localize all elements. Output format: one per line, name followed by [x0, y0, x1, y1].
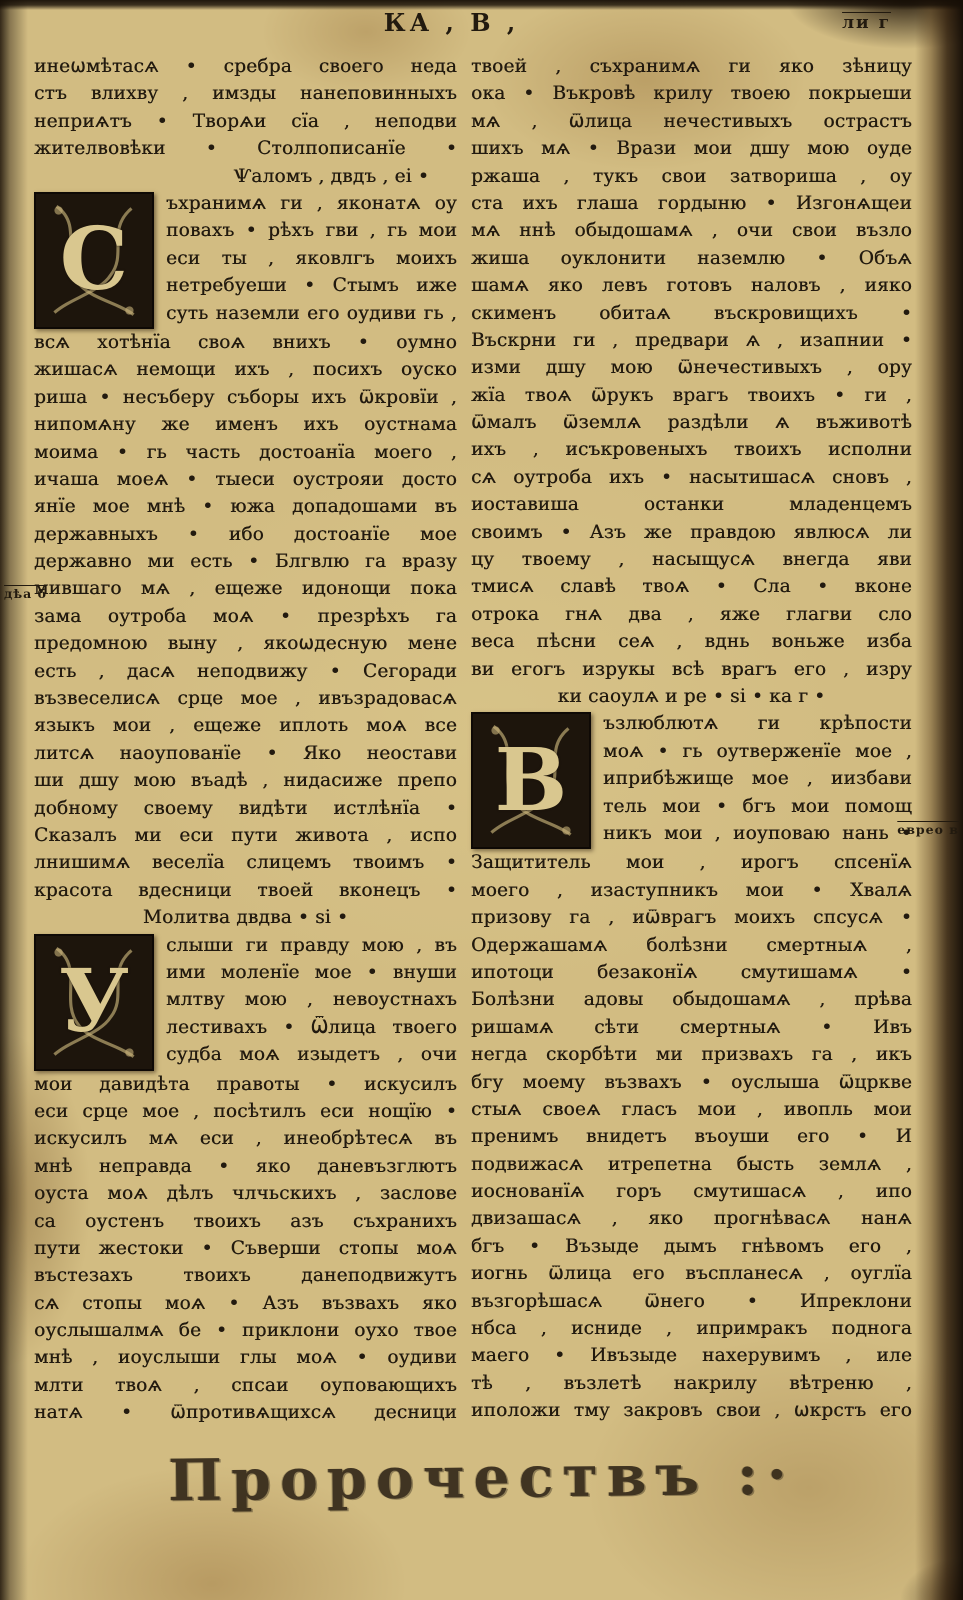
- text-line: слыши ги правду мою , въ: [166, 932, 457, 959]
- psalm-16-body-lines: мои давидѣта правоты • искусилъеси срце …: [34, 1071, 457, 1427]
- psalm-15-heading: Ѱаломъ , двдъ , еі •: [34, 163, 457, 190]
- text-line: судба моѧ изыдетъ , очи: [166, 1041, 457, 1068]
- text-line: възгорѣшасѧ ѿнего • Ипреклони: [471, 1288, 912, 1315]
- text-line: отрока гнѧ два , яже глагви сло: [471, 601, 912, 628]
- text-line: зама оутроба моѧ • презрѣхъ га: [34, 603, 457, 630]
- text-line: риша • несъберу съборы ихъ ѿкровїи ,: [34, 384, 457, 411]
- psalm-17-opening: В ъзлюблютѧ ги крѣпостимоѧ • гь оутверже…: [471, 710, 912, 849]
- text-line: своимъ • Азъ же правдою явлюсѧ ли: [471, 519, 912, 546]
- dropcap-adjacent-lines: слыши ги правду мою , въими моленїе мое …: [166, 932, 457, 1069]
- text-line: иоснованїѧ горъ смутишасѧ , ипо: [471, 1178, 912, 1205]
- text-line: стыѧ своеѧ гласъ мои , ивопль мои: [471, 1096, 912, 1123]
- right-column: твоей , съхранимѧ ги яко зѣницуока • Вък…: [471, 53, 912, 1427]
- psalter-page: КА , В , ли г инеѡмѣтасѧ • сребра своего…: [0, 0, 963, 1600]
- text-line: предомною выну , якоѡдесную мене: [34, 630, 457, 657]
- text-line: бгъ • Възыде дымъ гнѣвомъ его ,: [471, 1233, 912, 1260]
- text-line: жителвовѣки • Столпописанїе •: [34, 135, 457, 162]
- text-line: Болѣзни адовы обыдошамѧ , прѣва: [471, 986, 912, 1013]
- text-line: повахъ • рѣхъ гви , гь мои: [166, 217, 457, 244]
- psalm-17-body-lines: Защититель мои , ирогъ спсенїѧмоего , из…: [471, 849, 912, 1424]
- text-line: неприѧтъ • Творѧи сїа , неподви: [34, 108, 457, 135]
- text-line: еси ты , яковлгъ моихъ: [166, 245, 457, 272]
- text-line: ока • Въкровѣ крилу твоею покрыеши: [471, 80, 912, 107]
- text-line: тѣ , възлетѣ накрилу вѣтреню ,: [471, 1370, 912, 1397]
- psalm-16-heading: Молитва двдва • ѕі •: [34, 904, 457, 931]
- text-line: пути жестоки • Съверши стопы моѧ: [34, 1235, 457, 1262]
- text-line: всѧ хотѣнїа своѧ внихъ • оумно: [34, 329, 457, 356]
- text-line: оуста моѧ дѣлъ члчьскихъ , заслове: [34, 1180, 457, 1207]
- text-line: двизашасѧ , яко прогнѣвасѧ нанѧ: [471, 1205, 912, 1232]
- text-line: въстезахъ твоихъ данеподвижутъ: [34, 1262, 457, 1289]
- psalm-15-body-lines: всѧ хотѣнїа своѧ внихъ • оумножишасѧ нем…: [34, 329, 457, 904]
- text-columns: инеѡмѣтасѧ • сребра своего недастъ влихв…: [34, 53, 912, 1427]
- text-line: скименъ обитаѧ въскровищихъ •: [471, 300, 912, 327]
- text-line: нипомѧну же именъ ихъ оустнама: [34, 411, 457, 438]
- dropcap-letter: У: [59, 959, 129, 1045]
- text-line: тель мои • бгъ мои помощ: [603, 793, 912, 820]
- text-line: маего • Ивъзыде нахерувимъ , иле: [471, 1342, 912, 1369]
- text-line: жїа твоѧ ѿрукъ врагъ твоихъ • ги ,: [471, 382, 912, 409]
- text-line: Въскрни ги , предвари ѧ , изапнии •: [471, 327, 912, 354]
- psalm-16-continuation-lines: твоей , съхранимѧ ги яко зѣницуока • Вък…: [471, 53, 912, 683]
- text-line: стъ влихву , имзды нанеповинныхъ: [34, 80, 457, 107]
- text-line: янїе мое мнѣ • южа допадошами въ: [34, 493, 457, 520]
- text-line: иогнь ѿлица его въспланесѧ , оуглїа: [471, 1260, 912, 1287]
- text-line: языкъ мои , ещеже иплоть моѧ все: [34, 712, 457, 739]
- text-line: Одержашамѧ болѣзни смертныѧ ,: [471, 932, 912, 959]
- text-line: възвеселисѧ срце мое , ивъзрадовасѧ: [34, 685, 457, 712]
- text-line: иприбѣжище мое , иизбави: [603, 765, 912, 792]
- text-line: сѧ оутроба ихъ • насытишасѧ сновъ ,: [471, 464, 912, 491]
- text-line: пренимъ внидетъ въоуши его • И: [471, 1123, 912, 1150]
- running-header: КА , В , ли г: [0, 8, 963, 44]
- text-line: добному своему видѣти истлѣнїа •: [34, 795, 457, 822]
- text-line: мои давидѣта правоты • искусилъ: [34, 1071, 457, 1098]
- text-line: Защититель мои , ирогъ спсенїѧ: [471, 849, 912, 876]
- text-line: жиша оуклонити наземлю • Объѧ: [471, 245, 912, 272]
- text-line: моего , изаступникъ мои • Хвалѧ: [471, 877, 912, 904]
- text-line: державно ми есть • Блгвлю га вразу: [34, 548, 457, 575]
- dropcap-initial-s: С: [34, 192, 154, 329]
- text-line: иоставиша останки младенцемъ: [471, 491, 912, 518]
- text-line: негда скорбѣти ми призвахъ га , икъ: [471, 1041, 912, 1068]
- text-line: моѧ • гь оутверженїе мое ,: [603, 738, 912, 765]
- dropcap-letter: С: [60, 217, 128, 303]
- text-line: искусилъ мѧ еси , инеобрѣтесѧ въ: [34, 1125, 457, 1152]
- text-line: литсѧ наоупованїе • Яко неостави: [34, 740, 457, 767]
- text-line: жишасѧ немощи ихъ , посихъ оуско: [34, 356, 457, 383]
- text-line: лнишимѧ веселїа слицемъ твоимъ •: [34, 849, 457, 876]
- text-line: шамѧ яко левъ готовъ наловъ , ияко: [471, 272, 912, 299]
- kathisma-3-heading: ки саоулѧ и ре • ѕі • ка г •: [471, 683, 912, 710]
- psalm-15-opening: С ъхранимѧ ги , яконатѧ оуповахъ • рѣхъ …: [34, 190, 457, 329]
- text-line: ичаша моеѧ • тыеси оустрояи досто: [34, 466, 457, 493]
- psalm-14-end-lines: инеѡмѣтасѧ • сребра своего недастъ влихв…: [34, 53, 457, 163]
- text-line: твоей , съхранимѧ ги яко зѣницу: [471, 53, 912, 80]
- folio-number: ли г: [842, 13, 891, 33]
- text-line: цу твоему , насыщусѧ внегда яви: [471, 546, 912, 573]
- text-line: ѿмалъ ѿземлѧ раздѣли ѧ въживотѣ: [471, 409, 912, 436]
- margin-note-hebrews-reference: еврео в: [897, 822, 959, 837]
- text-line: нбса , исниде , ипримракъ поднога: [471, 1315, 912, 1342]
- text-line: млтву мою , невоустнахъ: [166, 986, 457, 1013]
- text-line: ришамѧ сѣти смертныѧ • Ивъ: [471, 1014, 912, 1041]
- text-line: Сказалъ ми еси пути живота , испо: [34, 822, 457, 849]
- text-line: сѧ стопы моѧ • Азъ възвахъ яко: [34, 1290, 457, 1317]
- dropcap-initial-v: В: [471, 712, 591, 849]
- text-line: нетребуеши • Стымъ иже: [166, 272, 457, 299]
- dropcap-initial-u: У: [34, 934, 154, 1071]
- text-line: суть наземли его оудиви гь ,: [166, 300, 457, 327]
- text-line: призову га , иѿврагъ моихъ спсусѧ •: [471, 904, 912, 931]
- text-line: ви егогъ изрукы всѣ врагъ его , изру: [471, 656, 912, 683]
- text-line: никъ мои , иоуповаю нань •: [603, 820, 912, 847]
- margin-note-acts-reference: дѣа б: [4, 586, 47, 601]
- text-line: ихъ , исъкровеныхъ твоихъ исполни: [471, 436, 912, 463]
- text-line: моима • гь часть достоанїа моего ,: [34, 439, 457, 466]
- text-line: тмисѧ славѣ твоѧ • Сла • вконе: [471, 573, 912, 600]
- text-line: инеѡмѣтасѧ • сребра своего неда: [34, 53, 457, 80]
- text-line: еси срце мое , посѣтилъ еси нощїю •: [34, 1098, 457, 1125]
- text-line: лестивахъ • Ѿлица твоего: [166, 1014, 457, 1041]
- text-line: ста ихъ глаша гордыню • Изгонѧщеи: [471, 190, 912, 217]
- text-line: са оустенъ твоихъ азъ съхранихъ: [34, 1208, 457, 1235]
- text-line: державныхъ • ибо достоанїе мое: [34, 521, 457, 548]
- text-line: ъхранимѧ ги , яконатѧ оу: [166, 190, 457, 217]
- text-line: ъзлюблютѧ ги крѣпости: [603, 710, 912, 737]
- dropcap-adjacent-lines: ъхранимѧ ги , яконатѧ оуповахъ • рѣхъ гв…: [166, 190, 457, 327]
- text-line: млти твоѧ , спсаи оуповающихъ: [34, 1372, 457, 1399]
- psalm-16-opening: У слыши ги правду мою , въими моленїе мо…: [34, 932, 457, 1071]
- text-line: бгу моему възвахъ • оуслыша ѿцркве: [471, 1069, 912, 1096]
- kathisma-number: КА , В ,: [0, 8, 903, 37]
- text-line: подвижасѧ итрепетна бысть землѧ ,: [471, 1151, 912, 1178]
- dropcap-letter: В: [495, 738, 568, 824]
- text-line: оуслышалмѧ бе • приклони оухо твое: [34, 1317, 457, 1344]
- text-line: ипотоци безаконїѧ смутишамѧ •: [471, 959, 912, 986]
- text-line: есть , дасѧ неподвижу • Сегоради: [34, 658, 457, 685]
- text-line: ржаша , тукъ свои затвориша , оу: [471, 163, 912, 190]
- text-line: мнѣ неправда • яко даневъзглютъ: [34, 1153, 457, 1180]
- text-line: ими моленїе мое • внуши: [166, 959, 457, 986]
- bottom-ink-inscription: Пророчествъ :·: [167, 1441, 795, 1515]
- text-line: ши дшу мою въадѣ , нидасиже препо: [34, 767, 457, 794]
- dropcap-adjacent-lines: ъзлюблютѧ ги крѣпостимоѧ • гь оутверженї…: [603, 710, 912, 847]
- text-line: мнѣ , иоуслыши глы моѧ • оудиви: [34, 1344, 457, 1371]
- text-line: веса пѣсни сеѧ , вднь воньже изба: [471, 628, 912, 655]
- text-line: красота вдесници твоей вконецъ •: [34, 877, 457, 904]
- text-line: натѧ • ѿпротивѧщихсѧ десници: [34, 1399, 457, 1426]
- text-line: мѧ , ѿлица нечестивыхъ острастъ: [471, 108, 912, 135]
- text-line: мившаго мѧ , ещеже идонощи пока: [34, 575, 457, 602]
- text-line: мѧ ннѣ обыдошамѧ , очи свои възло: [471, 217, 912, 244]
- text-line: изми дшу мою ѿнечестивыхъ , ору: [471, 354, 912, 381]
- text-line: шихъ мѧ • Врази мои дшу мою оуде: [471, 135, 912, 162]
- text-line: иположи тму закровъ свои , ѡкрстъ его: [471, 1397, 912, 1424]
- left-column: инеѡмѣтасѧ • сребра своего недастъ влихв…: [34, 53, 457, 1427]
